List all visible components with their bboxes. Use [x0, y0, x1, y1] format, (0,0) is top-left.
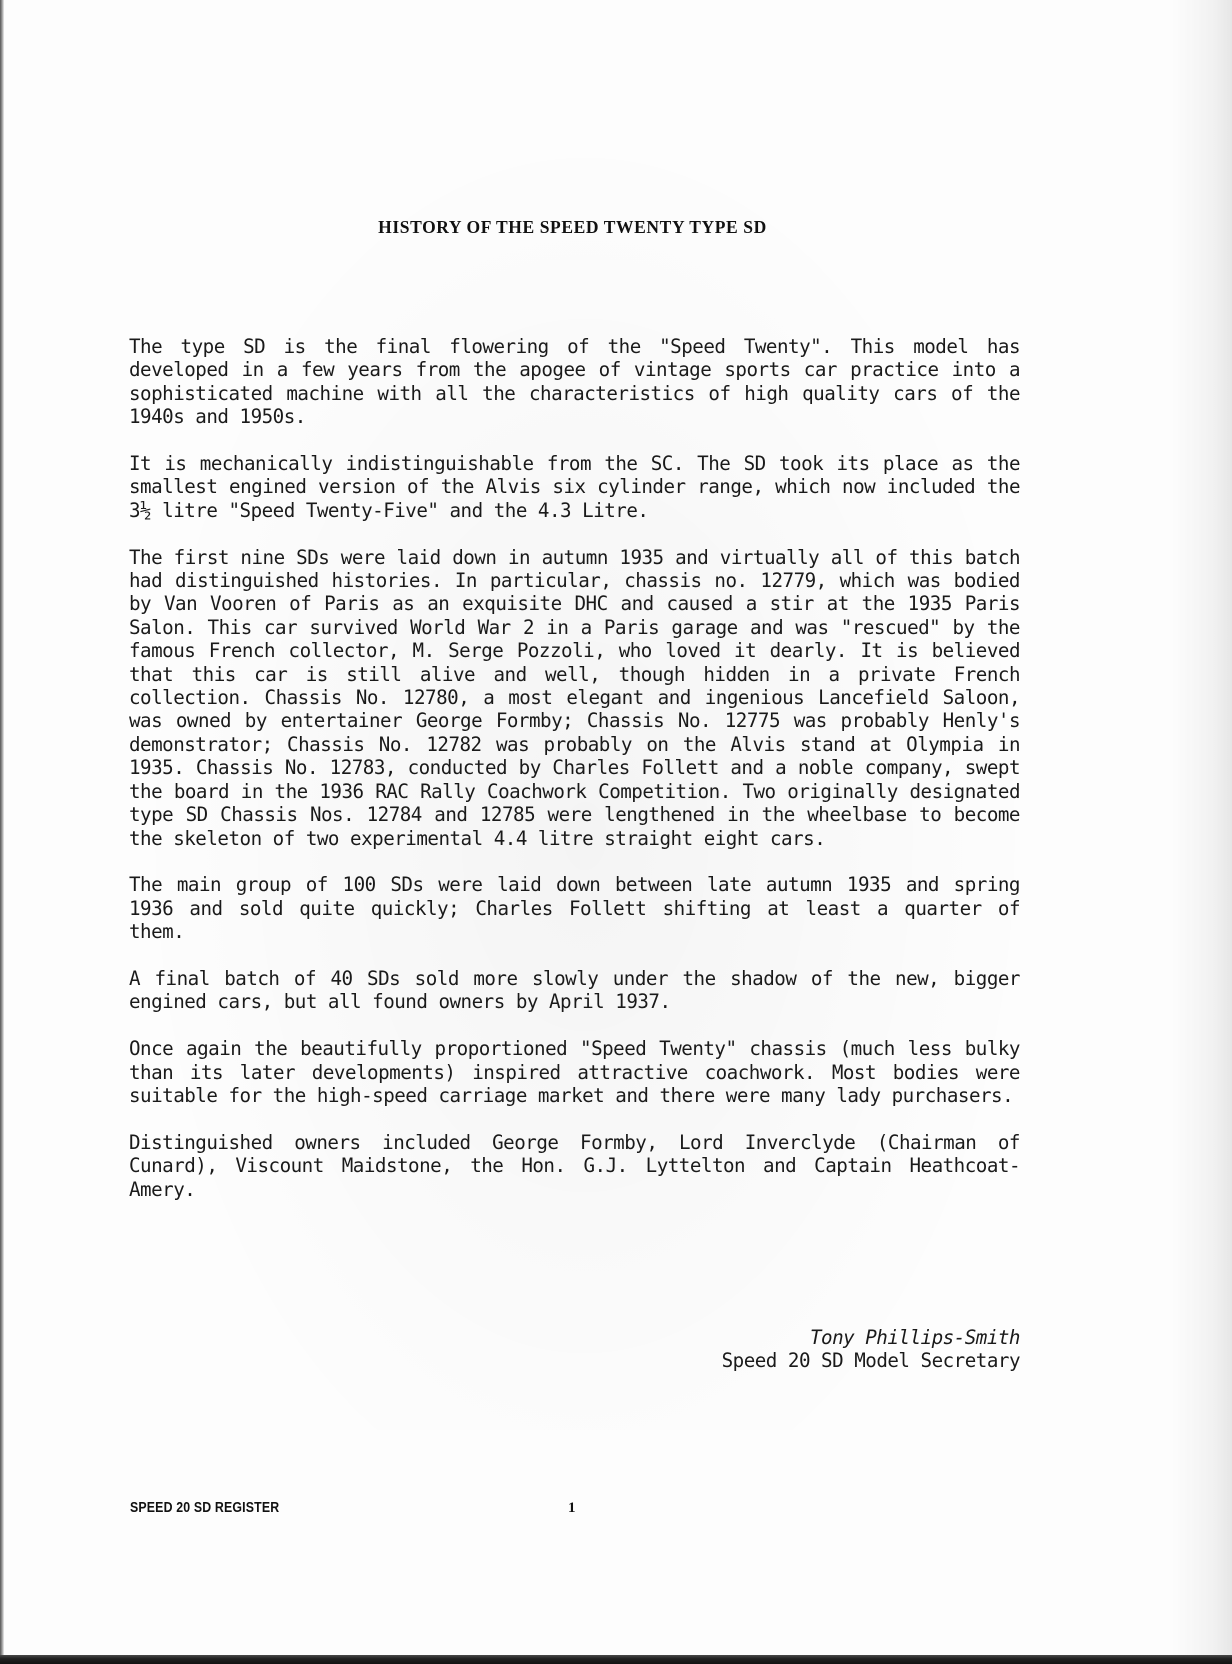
page-left-edge — [0, 0, 4, 1664]
paragraph: It is mechanically indistinguishable fro… — [129, 452, 1020, 522]
author-name: Tony Phillips-Smith — [722, 1326, 1020, 1349]
page-title: HISTORY OF THE SPEED TWENTY TYPE SD — [0, 217, 1145, 238]
scanned-page: HISTORY OF THE SPEED TWENTY TYPE SD The … — [0, 0, 1232, 1664]
article-body: The type SD is the final flowering of th… — [129, 335, 1020, 1224]
paragraph: Once again the beautifully proportioned … — [129, 1037, 1020, 1107]
paragraph: A final batch of 40 SDs sold more slowly… — [129, 967, 1020, 1014]
paragraph: The first nine SDs were laid down in aut… — [129, 546, 1020, 850]
paragraph: Distinguished owners included George For… — [129, 1131, 1020, 1201]
page-right-shadow — [1172, 0, 1232, 1664]
signature-block: Tony Phillips-Smith Speed 20 SD Model Se… — [722, 1326, 1020, 1373]
scanner-bottom-edge — [0, 1655, 1232, 1664]
paragraph: The main group of 100 SDs were laid down… — [129, 873, 1020, 943]
page-number: 1 — [568, 1500, 576, 1517]
author-role: Speed 20 SD Model Secretary — [722, 1349, 1020, 1372]
footer-publication: SPEED 20 SD REGISTER — [130, 1500, 279, 1516]
paragraph: The type SD is the final flowering of th… — [129, 335, 1020, 429]
